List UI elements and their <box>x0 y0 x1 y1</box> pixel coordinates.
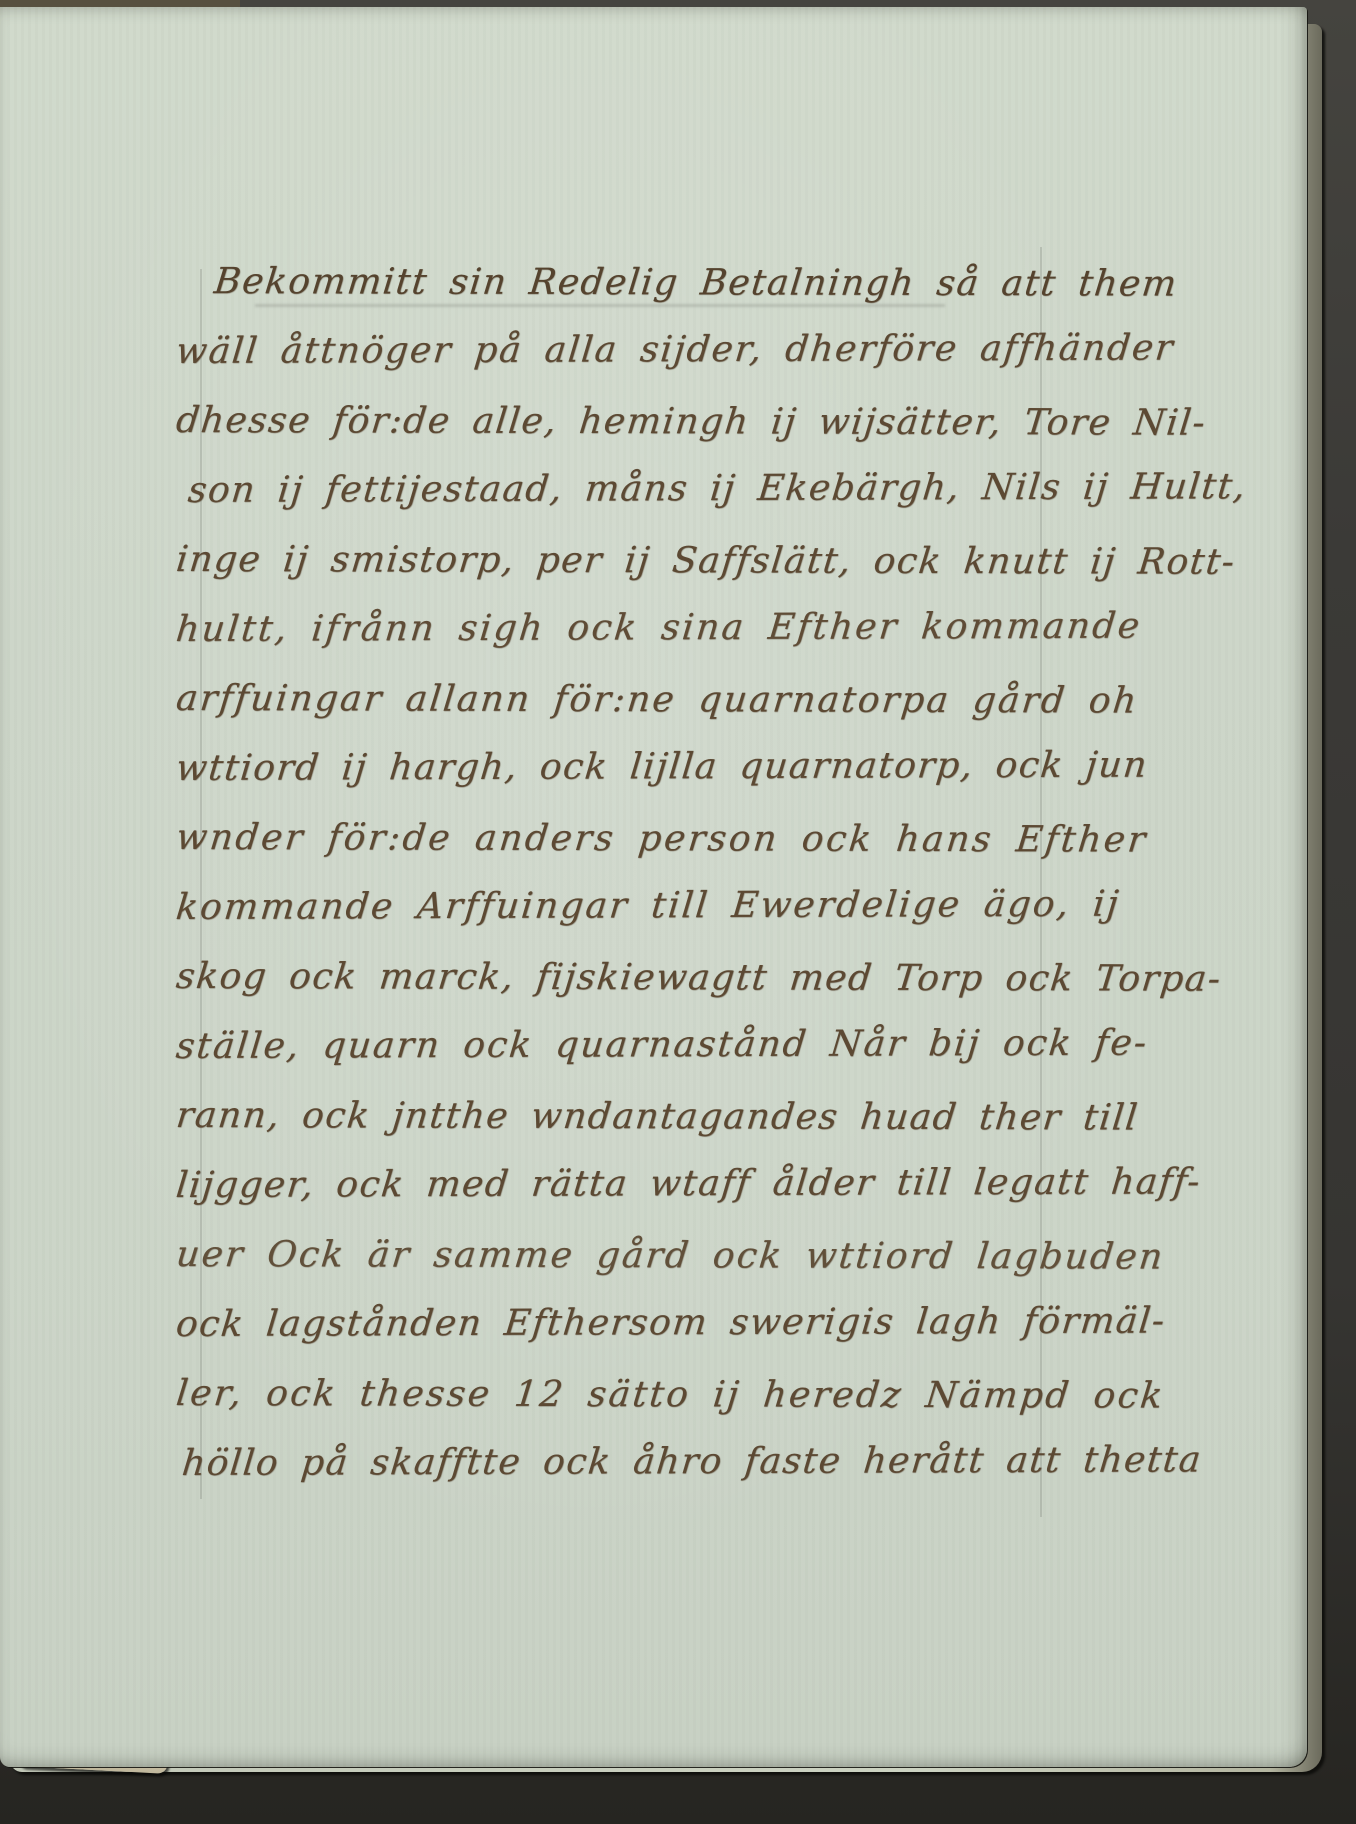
manuscript-line: wäll åttnöger på alla sijder, dherföre a… <box>172 319 1129 392</box>
handwritten-text-block: Bekommitt sin Redelig Betalningh så att … <box>172 253 1122 1504</box>
manuscript-line: rann, ock jntthe wndantagandes huad ther… <box>172 1087 1129 1159</box>
manuscript-line: ställe, quarn ock quarnastånd Når bij oc… <box>172 1014 1129 1087</box>
manuscript-line: Bekommitt sin Redelig Betalningh så att … <box>172 253 1129 325</box>
manuscript-line: ock lagstånden Efthersom swerigis lagh f… <box>172 1292 1129 1365</box>
manuscript-line: inge ij smistorp, per ij Saffslätt, ock … <box>172 531 1129 603</box>
manuscript-line: uer Ock är samme gård ock wttiord lagbud… <box>172 1226 1129 1298</box>
manuscript-line: lijgger, ock med rätta wtaff ålder till … <box>172 1153 1129 1226</box>
manuscript-page: Bekommitt sin Redelig Betalningh så att … <box>0 7 1307 1767</box>
manuscript-line: son ij fettijestaad, måns ij Ekebärgh, N… <box>172 458 1129 531</box>
manuscript-line: höllo på skafftte ock åhro faste herått … <box>172 1431 1129 1504</box>
manuscript-line: wnder för:de anders person ock hans Efth… <box>172 809 1129 881</box>
manuscript-line: kommande Arffuingar till Ewerdelige ägo,… <box>172 875 1129 948</box>
manuscript-line: arffuingar allann för:ne quarnatorpa går… <box>172 670 1129 742</box>
manuscript-line: skog ock marck, fijskiewagtt med Torp oc… <box>172 948 1129 1020</box>
manuscript-line: dhesse för:de alle, hemingh ij wijsätter… <box>172 392 1129 464</box>
manuscript-line: wttiord ij hargh, ock lijlla quarnatorp,… <box>172 736 1129 809</box>
manuscript-line: ler, ock thesse 12 sätto ij heredz Nämpd… <box>172 1365 1129 1437</box>
manuscript-line: hultt, ifrånn sigh ock sina Efther komma… <box>172 597 1129 670</box>
